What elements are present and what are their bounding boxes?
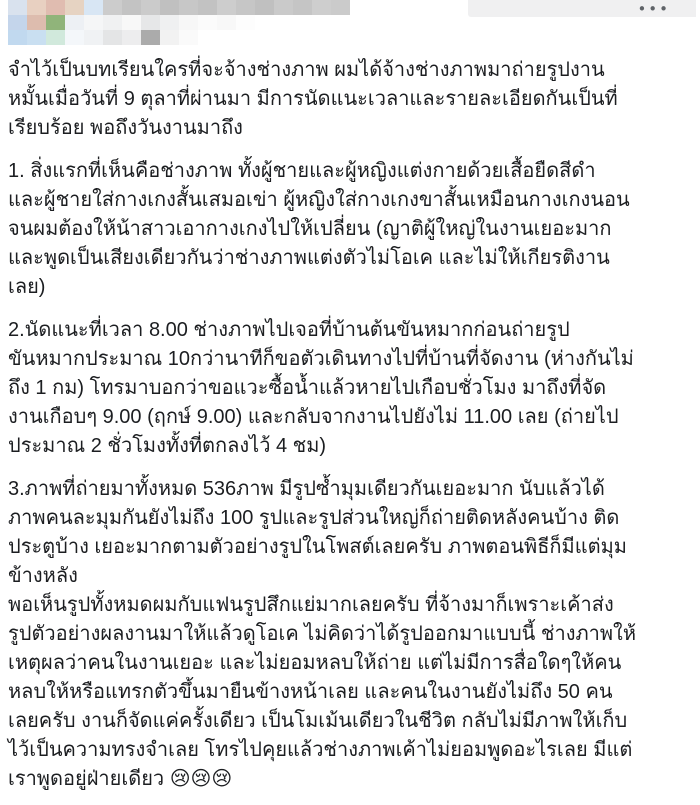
censor-pixel bbox=[217, 0, 236, 15]
censor-pixel bbox=[198, 0, 217, 15]
censor-pixel bbox=[217, 15, 236, 30]
censor-pixel bbox=[160, 30, 179, 45]
censor-pixel bbox=[122, 15, 141, 30]
post-paragraph-item-2: 2.นัดแนะที่เวลา 8.00 ช่างภาพไปเจอที่บ้าน… bbox=[8, 316, 672, 461]
censor-pixel bbox=[84, 30, 103, 45]
censored-profile-header[interactable] bbox=[8, 0, 350, 45]
censor-pixel bbox=[312, 0, 331, 15]
censor-pixel bbox=[27, 0, 46, 15]
censor-pixel bbox=[122, 0, 141, 15]
censor-pixel bbox=[236, 0, 255, 15]
censor-pixel bbox=[198, 15, 217, 30]
censor-pixel bbox=[84, 15, 103, 30]
censor-pixel bbox=[141, 0, 160, 15]
censor-pixel bbox=[331, 30, 350, 45]
censor-pixel bbox=[27, 30, 46, 45]
censor-pixel bbox=[293, 15, 312, 30]
post-header: ••• bbox=[0, 0, 700, 48]
censor-pixel bbox=[84, 0, 103, 15]
censor-pixel bbox=[179, 30, 198, 45]
censor-pixel bbox=[103, 30, 122, 45]
censor-pixel bbox=[255, 30, 274, 45]
censor-pixel bbox=[65, 15, 84, 30]
censor-pixel bbox=[160, 15, 179, 30]
censor-pixel bbox=[65, 0, 84, 15]
censor-pixel bbox=[179, 0, 198, 15]
post-body: จำไว้เป็นบทเรียนใครที่จะจ้างช่างภาพ ผมได… bbox=[0, 48, 700, 794]
censor-pixel bbox=[46, 0, 65, 15]
censor-pixel bbox=[8, 15, 27, 30]
censor-pixel bbox=[293, 0, 312, 15]
censor-pixel bbox=[274, 30, 293, 45]
censor-pixel bbox=[198, 30, 217, 45]
censor-pixel bbox=[8, 30, 27, 45]
post-paragraph-item-1: 1. สิ่งแรกที่เห็นคือช่างภาพ ทั้งผู้ชายแล… bbox=[8, 157, 672, 302]
censor-pixel bbox=[141, 15, 160, 30]
censor-pixel bbox=[255, 15, 274, 30]
censor-pixel bbox=[274, 15, 293, 30]
censor-pixel bbox=[141, 30, 160, 45]
censor-pixel bbox=[312, 30, 331, 45]
censor-pixel bbox=[236, 30, 255, 45]
censor-pixel bbox=[217, 30, 236, 45]
censor-pixel bbox=[179, 15, 198, 30]
censor-pixel bbox=[46, 30, 65, 45]
censor-pixel bbox=[236, 15, 255, 30]
censor-pixel bbox=[103, 0, 122, 15]
censor-pixel bbox=[331, 15, 350, 30]
censor-pixel bbox=[103, 15, 122, 30]
censor-pixel bbox=[27, 15, 46, 30]
censor-pixel bbox=[65, 30, 84, 45]
censor-pixel bbox=[331, 0, 350, 15]
censor-pixel bbox=[122, 30, 141, 45]
post-paragraph-intro: จำไว้เป็นบทเรียนใครที่จะจ้างช่างภาพ ผมได… bbox=[8, 56, 672, 143]
censor-pixel bbox=[312, 15, 331, 30]
facebook-post-card: ••• จำไว้เป็นบทเรียนใครที่จะจ้างช่างภาพ … bbox=[0, 0, 700, 805]
censor-pixel bbox=[160, 0, 179, 15]
censor-pixel bbox=[293, 30, 312, 45]
post-paragraph-item-3: 3.ภาพที่ถ่ายมาทั้งหมด 536ภาพ มีรูปซ้ำมุม… bbox=[8, 475, 672, 794]
censor-pixel bbox=[255, 0, 274, 15]
ellipsis-menu-icon[interactable]: ••• bbox=[633, 0, 674, 18]
censor-pixel bbox=[46, 15, 65, 30]
censor-pixel bbox=[8, 0, 27, 15]
censor-pixel bbox=[274, 0, 293, 15]
